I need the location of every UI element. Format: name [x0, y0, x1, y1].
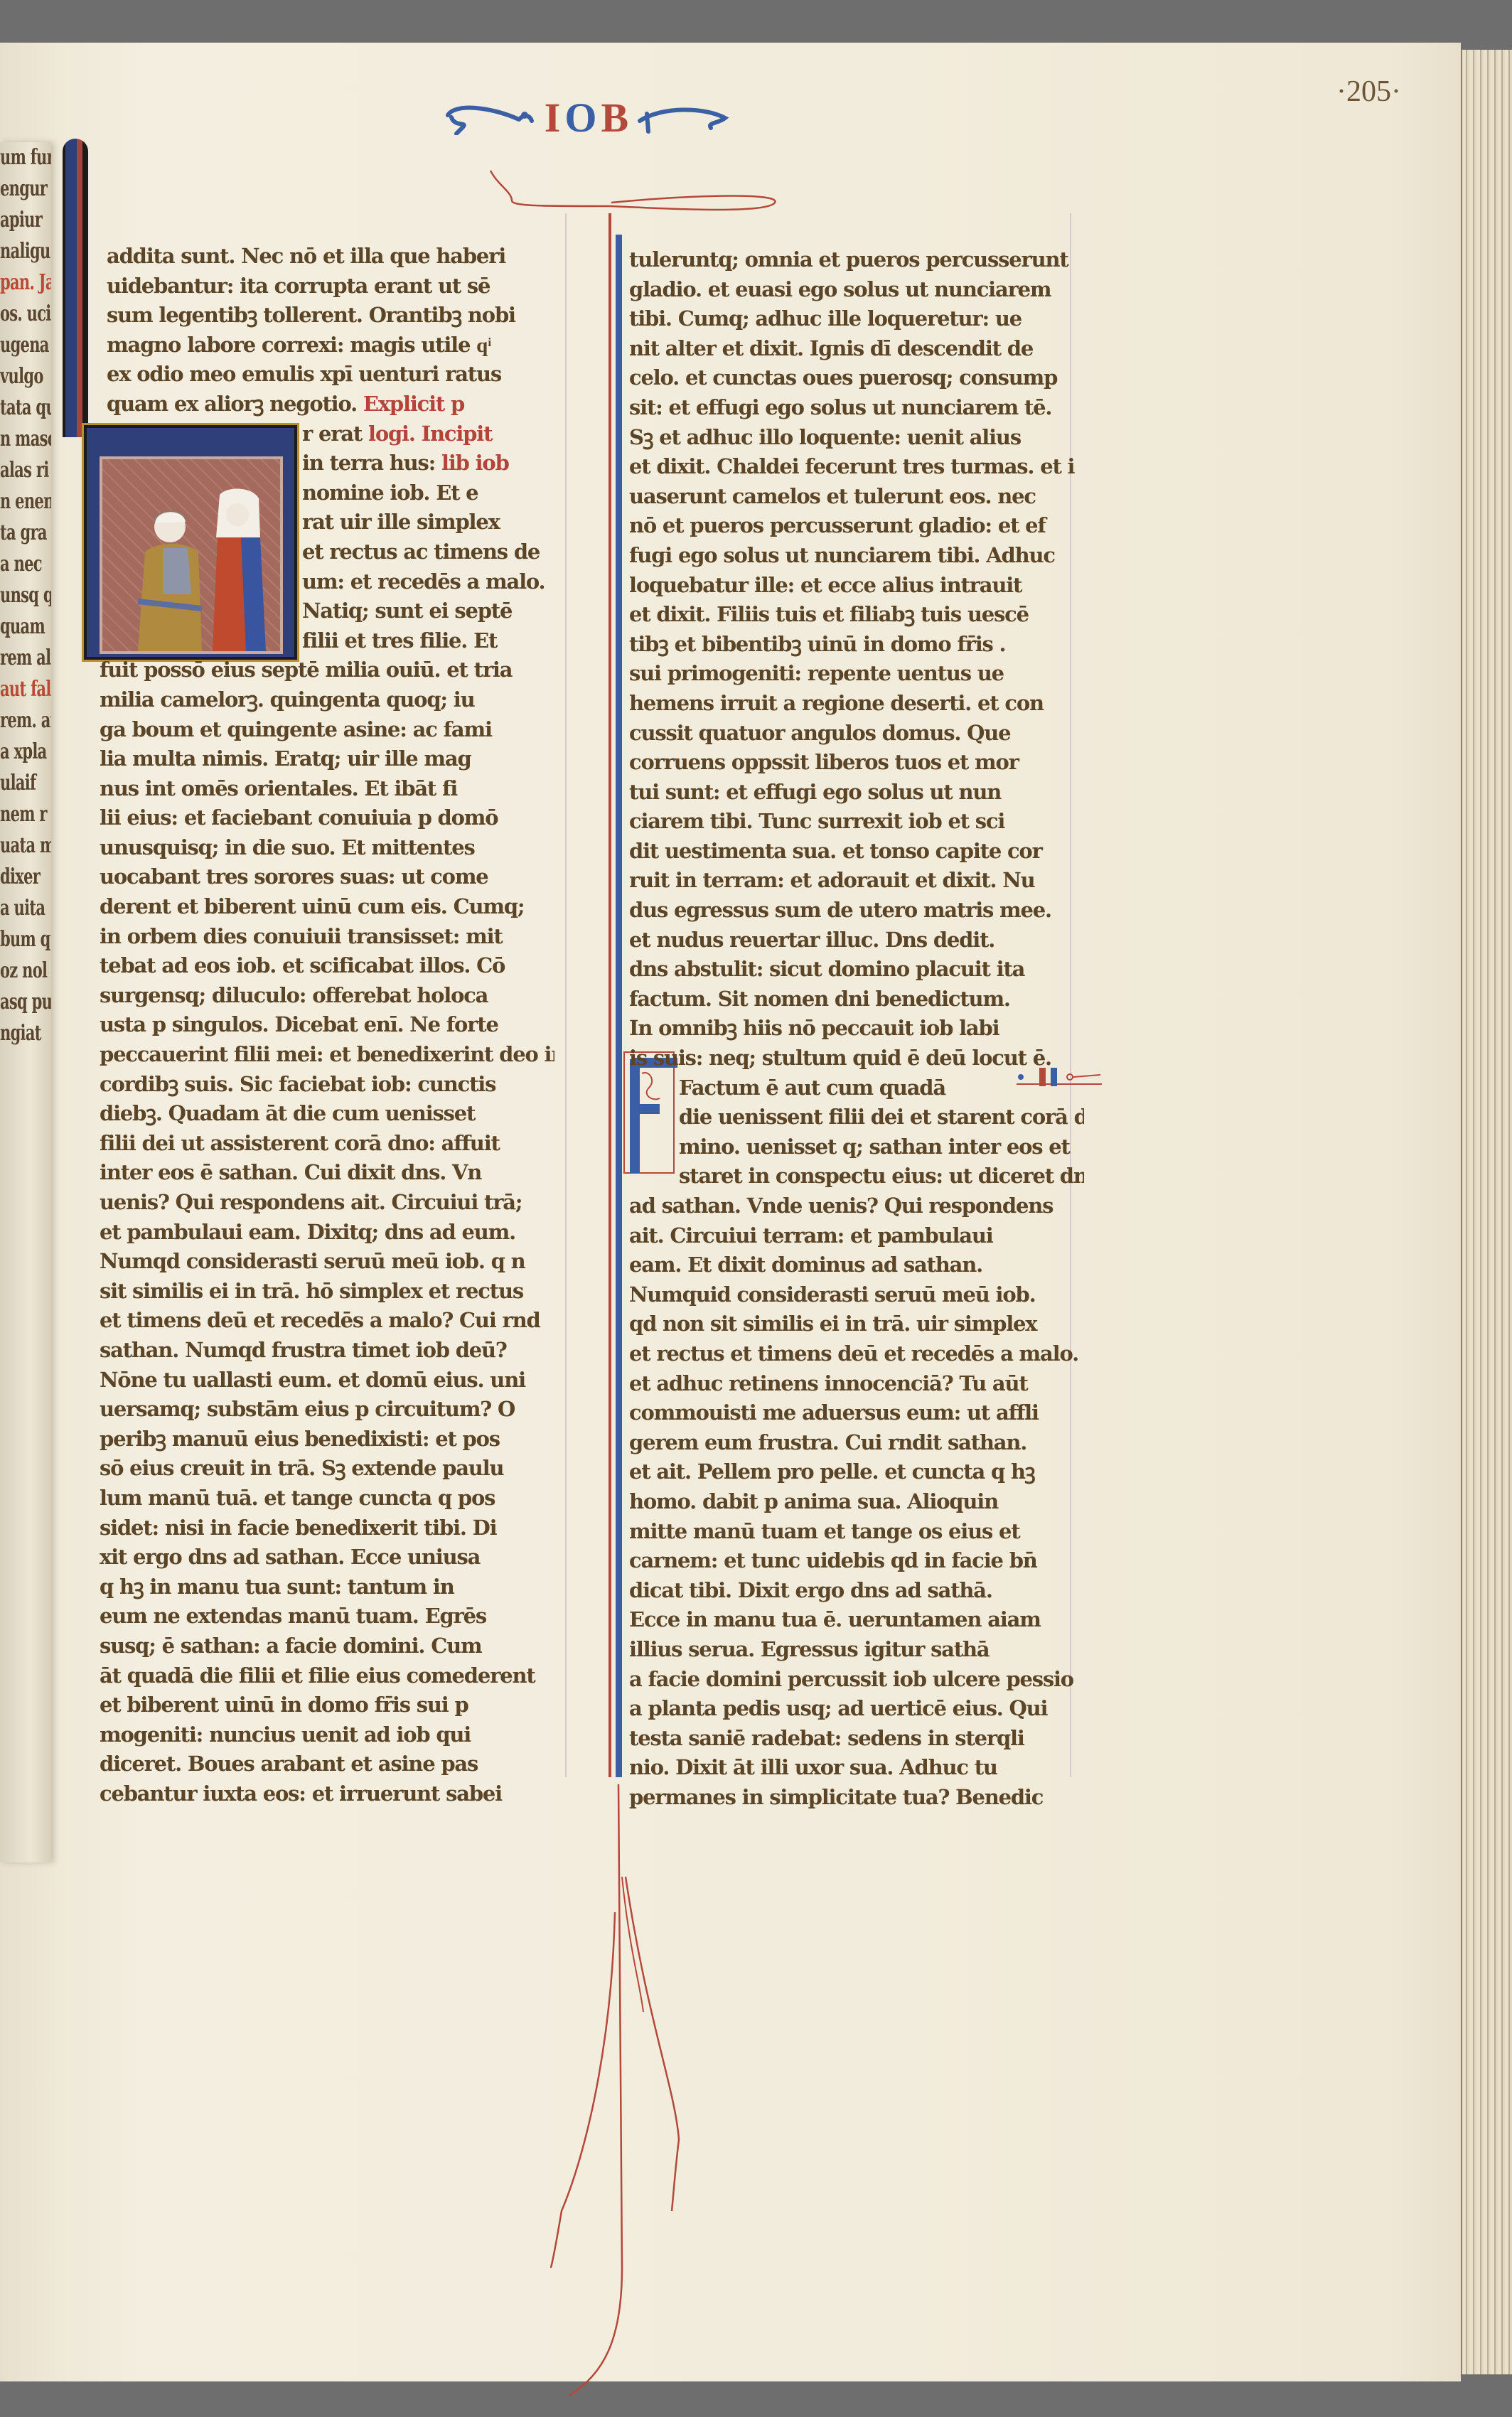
text-line-content: uaserunt camelos et tulerunt eos. nec	[629, 484, 1036, 508]
text-line-content: āt quadā die filii et filie eius comeder…	[100, 1663, 535, 1688]
text-line: lum manū tuā. et tange cuncta q pos	[100, 1484, 554, 1513]
text-line-content: derent et biberent uinū cum eis. Cumq;	[100, 894, 524, 918]
text-line-content: q hꝫ in manu tua sunt: tantum in	[100, 1575, 454, 1599]
text-line: Factum ē aut cum quadā	[629, 1073, 1084, 1103]
facing-page-line: n masc	[0, 424, 36, 455]
text-line-content: gladio. et euasi ego solus ut nunciarem	[629, 277, 1051, 301]
text-line-content: Numquid considerasti seruū meū iob.	[629, 1282, 1035, 1307]
text-line-content: ga boum et quingente asine: ac fami	[100, 717, 492, 741]
text-line: cussit quatuor angulos domus. Que	[629, 719, 1084, 749]
text-line-content: et nudus reuertar illuc. Dns dedit.	[629, 928, 994, 952]
text-line-content: eum ne extendas manū tuam. Egrēs	[100, 1604, 486, 1628]
text-line-content: surgensq; diluculo: offerebat holoca	[100, 983, 488, 1007]
initial-shaft-red	[608, 213, 611, 1777]
text-line: hemens irruit a regione deserti. et con	[629, 689, 1084, 719]
text-line-content: Nōne tu uallasti eum. et domū eius. uni	[100, 1368, 525, 1392]
text-line: in orbem dies conuiuii transisset: mit	[100, 922, 554, 952]
text-line-content: a facie domini percussit iob ulcere pess…	[629, 1667, 1073, 1691]
text-line: ruit in terram: et adorauit et dixit. Nu	[629, 866, 1084, 896]
text-line-content: et rectus ac timens de	[302, 540, 540, 564]
text-line: qd non sit similis ei in trā. uir simple…	[629, 1309, 1084, 1339]
flourished-initial-i	[611, 213, 624, 1763]
text-line: nomine iob. Et e	[100, 478, 554, 508]
text-line: sit: et effugi ego solus ut nunciarem tē…	[629, 393, 1084, 423]
text-line: sui primogeniti: repente uentus ue	[629, 659, 1084, 689]
text-line-content: factum. Sit nomen dni benedictum.	[629, 987, 1010, 1011]
text-line: nit alter et dixit. Ignis dī descendit d…	[629, 334, 1084, 364]
text-line-content: homo. dabit p anima sua. Alioquin	[629, 1489, 998, 1513]
text-line: cordibꝫ suis. Sic faciebat iob: cunctis	[100, 1070, 554, 1100]
text-line-content: magno labore correxi: magis utile qͥ	[107, 333, 490, 357]
text-line-content: Sꝫ et adhuc illo loquente: uenit alius	[629, 425, 1021, 449]
text-line: nio. Dixit āt illi uxor sua. Adhuc tu	[629, 1753, 1084, 1783]
text-line: In omnibꝫ hiis nō peccauit iob labi	[629, 1014, 1084, 1044]
rubric-text: lib iob	[441, 451, 509, 475]
facing-page-line: bum q	[0, 924, 36, 955]
text-line: mino. uenisset q; sathan inter eos et	[629, 1132, 1084, 1162]
text-line-content: illius serua. Egressus igitur sathā	[629, 1637, 990, 1661]
text-line: tuleruntq; omnia et pueros percusserunt	[629, 245, 1084, 275]
facing-page-line: engur	[0, 173, 36, 205]
text-line: filii dei ut assisterent corā dno: affui…	[100, 1129, 554, 1159]
text-line-content: sidet: nisi in facie benedixerit tibi. D…	[100, 1516, 496, 1540]
text-line-content: nit alter et dixit. Ignis dī descendit d…	[629, 336, 1033, 360]
text-line-content: staret in conspectu eius: ut diceret dns	[679, 1164, 1084, 1188]
text-line: testa saniē radebat: sedens in sterqli	[629, 1724, 1084, 1754]
text-line: uidebantur: ita corrupta erant ut sē	[100, 272, 554, 301]
text-line-content: tibi. Cumq; adhuc ille loqueretur: ue	[629, 306, 1022, 331]
text-line-content: um: et recedēs a malo.	[302, 569, 545, 594]
text-line-content: eam. Et dixit dominus ad sathan.	[629, 1253, 982, 1277]
text-line: q hꝫ in manu tua sunt: tantum in	[100, 1572, 554, 1602]
text-line-content: carnem: et tunc uidebis qd in facie bn̄	[629, 1548, 1037, 1572]
text-line: peribꝫ manuū eius benedixisti: et pos	[100, 1425, 554, 1454]
text-line: corruens oppssit liberos tuos et mor	[629, 748, 1084, 778]
text-line-content: tui sunt: et effugi ego solus ut nun	[629, 780, 1001, 804]
header-letter-o: O	[564, 94, 596, 141]
text-line: dit uestimenta sua. et tonso capite cor	[629, 837, 1084, 867]
text-line-content: sathan. Numqd frustra timet iob deū?	[100, 1338, 507, 1362]
facing-page-edge: um furengurapiurnaligupan. Jaos. uciugen…	[0, 142, 51, 1863]
text-line: et rectus et timens deū et recedēs a mal…	[629, 1339, 1084, 1369]
text-line: Ecce in manu tua ē. ueruntamen aiam	[629, 1605, 1084, 1635]
flourish-right-icon	[633, 100, 732, 135]
text-line: tebat ad eos iob. et scificabat illos. C…	[100, 951, 554, 981]
text-line-content: loquebatur ille: et ecce alius intrauit	[629, 573, 1022, 597]
text-line-content: et biberent uinū in domo fr̄is sui p	[100, 1693, 468, 1717]
initial-shaft-blue	[616, 235, 622, 1777]
text-line: nus int omēs orientales. Et ibāt fi	[100, 774, 554, 804]
initial-ascender	[63, 139, 88, 437]
text-line: sit similis ei in trā. hō simplex et rec…	[100, 1277, 554, 1307]
text-line: magno labore correxi: magis utile qͥ	[100, 331, 554, 360]
text-line: addita sunt. Nec nō et illa que haberi	[100, 242, 554, 272]
text-line-content: mitte manū tuam et tange os eius et	[629, 1519, 1019, 1543]
text-line-content: Factum ē aut cum quadā	[679, 1076, 945, 1100]
text-line: in terra hus: lib iob	[100, 449, 554, 478]
text-line-content: Ecce in manu tua ē. ueruntamen aiam	[629, 1607, 1041, 1631]
text-line-content: lii eius: et faciebant conuiuia p domō	[100, 805, 498, 830]
facing-page-line: rem alus	[0, 643, 36, 674]
text-line: celo. et cunctas oues puerosq; consump	[629, 363, 1084, 393]
text-line: Natiq; sunt ei septē	[100, 596, 554, 626]
text-line-content: usta p singulos. Dicebat enī. Ne forte	[100, 1012, 498, 1036]
text-line: usta p singulos. Dicebat enī. Ne forte	[100, 1010, 554, 1040]
text-line-content: sō eius creuit in trā. Sꝫ extende paulu	[100, 1456, 503, 1480]
facing-page-line: os. uci	[0, 299, 36, 330]
text-line-content: unusquisq; in die suo. Et mittentes	[100, 835, 475, 859]
text-line: uaserunt camelos et tulerunt eos. nec	[629, 482, 1084, 512]
facing-page-line: ta gra	[0, 518, 36, 549]
text-line: lia multa nimis. Eratq; uir ille mag	[100, 744, 554, 774]
flourish-left-icon	[441, 100, 540, 135]
text-line: et biberent uinū in domo fr̄is sui p	[100, 1690, 554, 1720]
text-line: ex odio meo emulis xpī uenturi ratus	[100, 360, 554, 390]
text-line: sathan. Numqd frustra timet iob deū?	[100, 1336, 554, 1366]
text-line: et pambulaui eam. Dixitq; dns ad eum.	[100, 1218, 554, 1248]
text-line: staret in conspectu eius: ut diceret dns	[629, 1162, 1084, 1191]
text-line: uersamq; substām eius p circuitum? O	[100, 1395, 554, 1425]
text-line: et dixit. Filiis tuis et filiabꝫ tuis ue…	[629, 600, 1084, 630]
facing-page-line: dixer	[0, 862, 36, 893]
text-line-content: xit ergo dns ad sathan. Ecce uniusa	[100, 1545, 480, 1569]
text-line-content: ciarem tibi. Tunc surrexit iob et sci	[629, 809, 1004, 833]
text-line: rat uir ille simplex	[100, 508, 554, 537]
text-line-content: commouisti me aduersus eum: ut affli	[629, 1400, 1039, 1425]
facing-page-line: naligu	[0, 236, 36, 267]
facing-page-line: alas ri	[0, 455, 36, 486]
text-line: et nudus reuertar illuc. Dns dedit.	[629, 926, 1084, 955]
text-line: dicat tibi. Dixit ergo dns ad sathā.	[629, 1576, 1084, 1606]
facing-page-line: asq pu	[0, 987, 36, 1018]
text-line-content: ex odio meo emulis xpī uenturi ratus	[107, 362, 501, 386]
facing-page-line: um fur	[0, 142, 36, 173]
text-line: um: et recedēs a malo.	[100, 567, 554, 597]
text-line-content: sit similis ei in trā. hō simplex et rec…	[100, 1279, 523, 1303]
text-line-content: peccauerint filii mei: et benedixerint d…	[100, 1042, 554, 1066]
text-line: gladio. et euasi ego solus ut nunciarem	[629, 275, 1084, 305]
text-line-content: testa saniē radebat: sedens in sterqli	[629, 1726, 1024, 1750]
facing-page-line: pan. Ja	[0, 267, 36, 299]
text-line-content: susq; ē sathan: a facie domini. Cum	[100, 1634, 481, 1658]
text-line-content: filii dei ut assisterent corā dno: affui…	[100, 1131, 500, 1155]
text-line-content: dit uestimenta sua. et tonso capite cor	[629, 839, 1042, 863]
text-line: is suis: neq; stultum quid ē deū locut ē…	[629, 1044, 1084, 1073]
facing-page-line: uata m	[0, 830, 36, 862]
text-line: et dixit. Chaldei fecerunt tres turmas. …	[629, 452, 1084, 482]
text-column-left: addita sunt. Nec nō et illa que haberiui…	[100, 242, 554, 1808]
text-line-content: is suis: neq; stultum quid ē deū locut ē…	[629, 1046, 1051, 1070]
rubric-text: Explicit p	[357, 392, 464, 416]
text-line-content: sit: et effugi ego solus ut nunciarem tē…	[629, 395, 1051, 419]
facing-page-line: a nec	[0, 549, 36, 580]
text-line-content: celo. et cunctas oues puerosq; consump	[629, 365, 1057, 390]
text-line-content: r erat	[302, 422, 368, 446]
facing-page-line: a xpla	[0, 736, 36, 768]
text-line-content: sum legentibꝫ tollerent. Orantibꝫ nobi	[107, 303, 515, 327]
facing-page-line: vulgo	[0, 361, 36, 392]
text-line: cebantur iuxta eos: et irruerunt sabei	[100, 1779, 554, 1809]
text-line: Numqd considerasti seruū meū iob. q n	[100, 1247, 554, 1277]
text-line-content: uidebantur: ita corrupta erant ut sē	[107, 274, 490, 298]
text-line: illius serua. Egressus igitur sathā	[629, 1635, 1084, 1665]
text-line: diceret. Boues arabant et asine pas	[100, 1749, 554, 1779]
facing-page-line: aut fall	[0, 674, 36, 705]
ruling-line	[565, 213, 567, 1777]
text-column-right: tuleruntq; omnia et pueros percusseruntg…	[629, 245, 1084, 1812]
text-line-content: nus int omēs orientales. Et ibāt fi	[100, 776, 457, 800]
text-line: a planta pedis usq; ad uerticē eius. Qui	[629, 1694, 1084, 1724]
text-line-content: dicat tibi. Dixit ergo dns ad sathā.	[629, 1578, 992, 1602]
text-line-content: in orbem dies conuiuii transisset: mit	[100, 924, 503, 948]
text-line-content: in terra hus:	[302, 451, 441, 475]
text-line: tibꝫ et bibentibꝫ uinū in domo fr̄is .	[629, 630, 1084, 660]
text-line-content: quam ex aliorꝫ negotio.	[107, 392, 357, 416]
text-line: uocabant tres sorores suas: ut come	[100, 862, 554, 892]
text-line: fuit possō eius septē milia ouiū. et tri…	[100, 655, 554, 685]
text-line: permanes in simplicitate tua? Benedic	[629, 1783, 1084, 1813]
text-line-content: gerem eum frustra. Cui rndit sathan.	[629, 1430, 1026, 1454]
text-line: eum ne extendas manū tuam. Egrēs	[100, 1602, 554, 1631]
text-line-content: Natiq; sunt ei septē	[302, 599, 512, 623]
facing-page-line: unsq q	[0, 580, 36, 611]
text-line: xit ergo dns ad sathan. Ecce uniusa	[100, 1543, 554, 1572]
text-line-content: sui primogeniti: repente uentus ue	[629, 661, 1004, 685]
text-line: tibi. Cumq; adhuc ille loqueretur: ue	[629, 304, 1084, 334]
facing-page-line: ulaif	[0, 768, 36, 799]
text-line: dus egressus sum de utero matris mee.	[629, 896, 1084, 926]
text-line-content: permanes in simplicitate tua? Benedic	[629, 1785, 1043, 1809]
facing-page-line: oz nol	[0, 955, 36, 987]
text-line-content: diebꝫ. Quadam āt die cum uenisset	[100, 1101, 475, 1125]
facing-page-line: quam	[0, 611, 36, 643]
text-line: et ait. Pellem pro pelle. et cuncta q hꝫ	[629, 1457, 1084, 1487]
text-line-content: tebat ad eos iob. et scificabat illos. C…	[100, 953, 505, 977]
text-line: āt quadā die filii et filie eius comeder…	[100, 1661, 554, 1691]
text-line: filii et tres filie. Et	[100, 626, 554, 656]
text-line-content: dus egressus sum de utero matris mee.	[629, 898, 1051, 922]
text-line: inter eos ē sathan. Cui dixit dns. Vn	[100, 1158, 554, 1188]
text-line-content: die uenissent filii dei et starent corā …	[679, 1105, 1084, 1129]
text-line-content: et dixit. Chaldei fecerunt tres turmas. …	[629, 454, 1074, 478]
text-line-content: cebantur iuxta eos: et irruerunt sabei	[100, 1781, 502, 1806]
text-line: uenis? Qui respondens ait. Circuiui trā;	[100, 1188, 554, 1218]
text-line-content: uenis? Qui respondens ait. Circuiui trā;	[100, 1190, 522, 1214]
text-line-content: dns abstulit: sicut domino placuit ita	[629, 957, 1024, 981]
text-line: die uenissent filii dei et starent corā …	[629, 1103, 1084, 1132]
text-line: peccauerint filii mei: et benedixerint d…	[100, 1040, 554, 1070]
text-line: ciarem tibi. Tunc surrexit iob et sci	[629, 807, 1084, 837]
text-line: sidet: nisi in facie benedixerit tibi. D…	[100, 1513, 554, 1543]
text-line: carnem: et tunc uidebis qd in facie bn̄	[629, 1546, 1084, 1576]
text-line: susq; ē sathan: a facie domini. Cum	[100, 1631, 554, 1661]
text-line-content: uersamq; substām eius p circuitum? O	[100, 1397, 515, 1421]
text-line: diebꝫ. Quadam āt die cum uenisset	[100, 1099, 554, 1129]
text-line: Sꝫ et adhuc illo loquente: uenit alius	[629, 423, 1084, 453]
text-line: lii eius: et faciebant conuiuia p domō	[100, 803, 554, 833]
text-line-content: uocabant tres sorores suas: ut come	[100, 864, 488, 889]
text-line: surgensq; diluculo: offerebat holoca	[100, 981, 554, 1011]
text-line: et timens deū et recedēs a malo? Cui rnd	[100, 1306, 554, 1336]
text-line: tui sunt: et effugi ego solus ut nun	[629, 778, 1084, 808]
text-line-content: inter eos ē sathan. Cui dixit dns. Vn	[100, 1160, 481, 1184]
text-line-content: diceret. Boues arabant et asine pas	[100, 1752, 478, 1776]
facing-page-line: rem. au	[0, 705, 36, 736]
text-line-content: et pambulaui eam. Dixitq; dns ad eum.	[100, 1220, 515, 1244]
text-line-content: In omnibꝫ hiis nō peccauit iob labi	[629, 1016, 999, 1040]
text-line-content: ruit in terram: et adorauit et dixit. Nu	[629, 868, 1035, 892]
text-line-content: fuit possō eius septē milia ouiū. et tri…	[100, 658, 512, 682]
text-line-content: cordibꝫ suis. Sic faciebat iob: cunctis	[100, 1072, 495, 1096]
text-line-content: tibꝫ et bibentibꝫ uinū in domo fr̄is .	[629, 632, 1005, 656]
text-line-content: ait. Circuiui terram: et pambulaui	[629, 1223, 993, 1248]
facing-page-line: a uita	[0, 893, 36, 924]
text-line-content: et timens deū et recedēs a malo? Cui rnd	[100, 1308, 540, 1332]
text-line: Nōne tu uallasti eum. et domū eius. uni	[100, 1366, 554, 1395]
text-line-content: nō et pueros percusserunt gladio: et ef	[629, 513, 1046, 537]
text-line-content: nomine iob. Et e	[302, 481, 478, 505]
text-line-content: qd non sit similis ei in trā. uir simple…	[629, 1312, 1036, 1336]
text-line: fugi ego solus ut nunciarem tibi. Adhuc	[629, 541, 1084, 571]
facing-page-line: nem r	[0, 799, 36, 830]
text-line: a facie domini percussit iob ulcere pess…	[629, 1665, 1084, 1695]
text-line-content: Numqd considerasti seruū meū iob. q n	[100, 1249, 525, 1273]
header-letter-b: B	[601, 94, 629, 141]
text-line-content: a planta pedis usq; ad uerticē eius. Qui	[629, 1696, 1047, 1720]
text-line: loquebatur ille: et ecce alius intrauit	[629, 571, 1084, 601]
text-line-content: mino. uenisset q; sathan inter eos et	[679, 1135, 1070, 1159]
text-line: ga boum et quingente asine: ac fami	[100, 715, 554, 745]
facing-page-line: ngiat	[0, 1018, 36, 1049]
text-line: et adhuc retinens innocenciā? Tu aūt	[629, 1369, 1084, 1399]
text-line: mogeniti: nuncius uenit ad iob qui	[100, 1720, 554, 1750]
text-line: Numquid considerasti seruū meū iob.	[629, 1280, 1084, 1310]
facing-page-line: ugena	[0, 330, 36, 361]
text-line: factum. Sit nomen dni benedictum.	[629, 985, 1084, 1014]
text-line-content: lum manū tuā. et tange cuncta q pos	[100, 1486, 495, 1510]
text-line-content: fugi ego solus ut nunciarem tibi. Adhuc	[629, 543, 1055, 567]
header-letter-i: I	[545, 94, 561, 141]
text-line: eam. Et dixit dominus ad sathan.	[629, 1250, 1084, 1280]
text-line: quam ex aliorꝫ negotio. Explicit p	[100, 390, 554, 419]
text-line: commouisti me aduersus eum: ut affli	[629, 1398, 1084, 1428]
facing-page-line: n enen	[0, 486, 36, 518]
text-line-content: addita sunt. Nec nō et illa que haberi	[107, 244, 505, 268]
text-line-content: et ait. Pellem pro pelle. et cuncta q hꝫ	[629, 1459, 1034, 1484]
facing-page-line: tata qu	[0, 392, 36, 424]
text-line: unusquisq; in die suo. Et mittentes	[100, 833, 554, 863]
text-line-content: cussit quatuor angulos domus. Que	[629, 721, 1010, 745]
text-line-content: et rectus et timens deū et recedēs a mal…	[629, 1341, 1078, 1366]
text-line: derent et biberent uinū cum eis. Cumq;	[100, 892, 554, 922]
facing-page-line: apiur	[0, 205, 36, 236]
initial-tail-flourish-icon	[547, 1770, 704, 2417]
rubric-text: logi. Incipit	[368, 422, 492, 446]
text-line: milia camelorꝫ. quingenta quoq; iu	[100, 685, 554, 715]
text-line: dns abstulit: sicut domino placuit ita	[629, 955, 1084, 985]
text-line: gerem eum frustra. Cui rndit sathan.	[629, 1428, 1084, 1458]
text-line-content: et dixit. Filiis tuis et filiabꝫ tuis ue…	[629, 602, 1029, 626]
text-line-content: lia multa nimis. Eratq; uir ille mag	[100, 746, 471, 771]
text-line-content: hemens irruit a regione deserti. et con	[629, 691, 1044, 715]
running-header: I O B	[430, 92, 743, 142]
text-line-content: rat uir ille simplex	[302, 510, 500, 534]
text-line: r erat logi. Incipit	[100, 419, 554, 449]
text-line: ad sathan. Vnde uenis? Qui respondens	[629, 1191, 1084, 1221]
text-line-content: et adhuc retinens innocenciā? Tu aūt	[629, 1371, 1028, 1395]
text-line: ait. Circuiui terram: et pambulaui	[629, 1221, 1084, 1251]
text-line: sum legentibꝫ tollerent. Orantibꝫ nobi	[100, 301, 554, 331]
text-line: et rectus ac timens de	[100, 537, 554, 567]
text-line-content: mogeniti: nuncius uenit ad iob qui	[100, 1722, 471, 1747]
text-line: mitte manū tuam et tange os eius et	[629, 1517, 1084, 1547]
text-line-content: corruens oppssit liberos tuos et mor	[629, 750, 1019, 774]
text-line-content: tuleruntq; omnia et pueros percusserunt	[629, 247, 1068, 272]
book-fore-edge	[1461, 50, 1512, 2374]
initial-top-flourish-icon	[469, 164, 825, 227]
text-line-content: peribꝫ manuū eius benedixisti: et pos	[100, 1427, 500, 1451]
folio-number: ·205·	[1336, 75, 1401, 109]
text-line-content: filii et tres filie. Et	[302, 628, 497, 653]
text-line: sō eius creuit in trā. Sꝫ extende paulu	[100, 1454, 554, 1484]
text-line-content: nio. Dixit āt illi uxor sua. Adhuc tu	[629, 1755, 997, 1779]
text-line-content: ad sathan. Vnde uenis? Qui respondens	[629, 1194, 1053, 1218]
text-line: nō et pueros percusserunt gladio: et ef	[629, 511, 1084, 541]
text-line-content: milia camelorꝫ. quingenta quoq; iu	[100, 687, 475, 712]
text-line: homo. dabit p anima sua. Alioquin	[629, 1487, 1084, 1517]
